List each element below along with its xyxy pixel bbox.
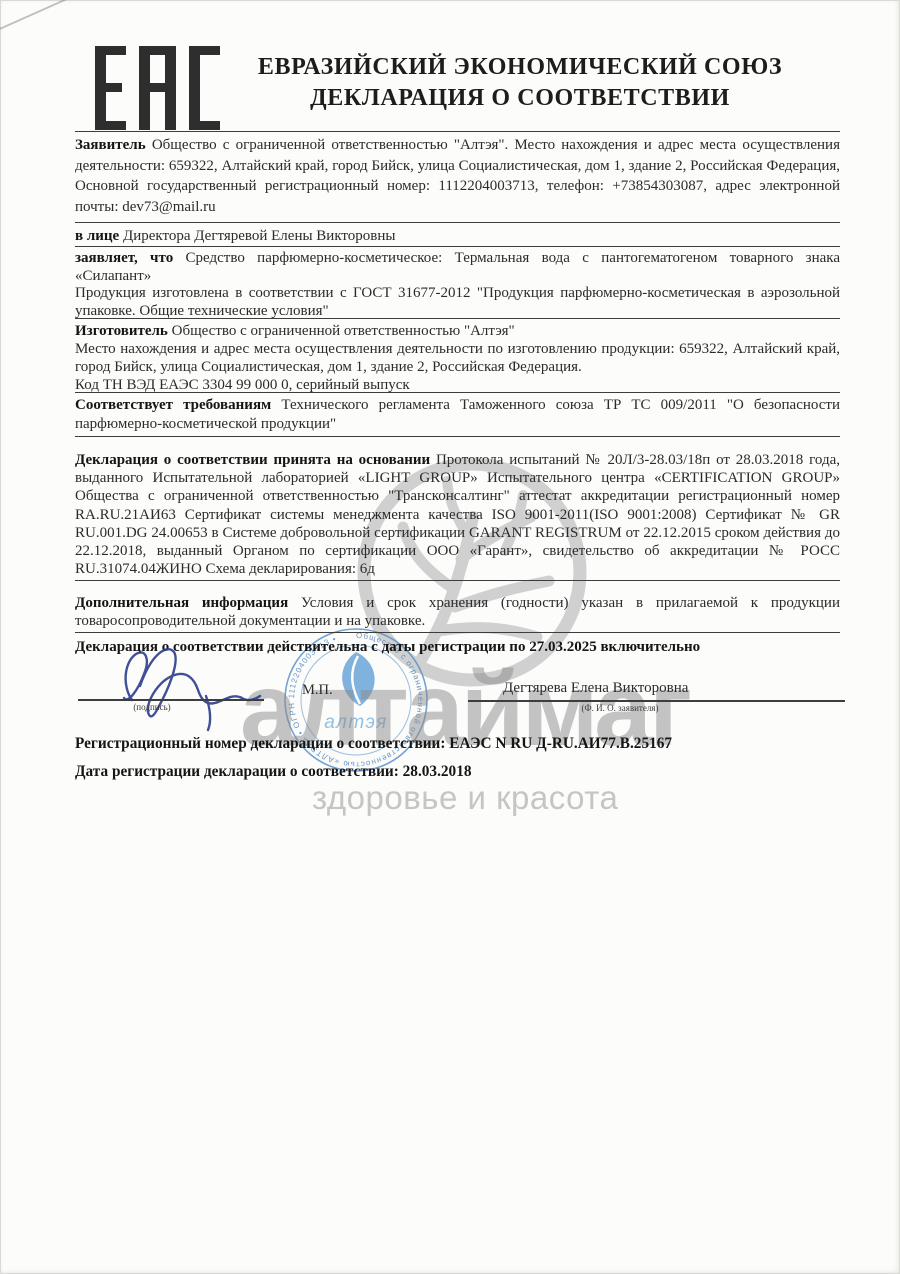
eac-mark-logo: ЕАС	[95, 46, 223, 135]
registration-number-value: ЕАЭС N RU Д-RU.АИ77.В.25167	[449, 735, 672, 752]
title-union: ЕВРАЗИЙСКИЙ ЭКОНОМИЧЕСКИЙ СОЮЗ	[240, 52, 800, 83]
section-applicant: Заявитель Общество с ограниченной ответс…	[75, 131, 840, 217]
manufacturer-label: Изготовитель	[75, 323, 168, 339]
basis-label: Декларация о соответствии принята на осн…	[75, 452, 430, 468]
additional-label: Дополнительная информация	[75, 595, 288, 611]
declares-label: заявляет, что	[75, 250, 173, 266]
stamp-place-label: М.П.	[302, 682, 333, 699]
signatory-name: Дегтярева Елена Викторовна	[503, 680, 688, 697]
declares-text2: Продукция изготовлена в соответствии с Г…	[75, 285, 840, 319]
registration-date-line: Дата регистрации декларации о соответств…	[75, 763, 472, 781]
registration-number-label: Регистрационный номер декларации о соотв…	[75, 735, 445, 752]
section-declares: заявляет, что Средство парфюмерно-космет…	[75, 246, 840, 320]
registration-date-label: Дата регистрации декларации о соответств…	[75, 763, 399, 780]
signature-caption: (подпись)	[92, 702, 212, 712]
manufacturer-text2: Место нахождения и адрес места осуществл…	[75, 341, 840, 375]
applicant-label: Заявитель	[75, 137, 146, 153]
signature-line	[78, 699, 264, 701]
handwritten-signature	[110, 642, 270, 734]
section-additional-info: Дополнительная информация Условия и срок…	[75, 580, 840, 630]
section-basis: Декларация о соответствии принята на осн…	[75, 436, 840, 578]
complies-label: Соответствует требованиям	[75, 397, 271, 413]
title-declaration: ДЕКЛАРАЦИЯ О СООТВЕТСТВИИ	[240, 83, 800, 114]
registration-number-line: Регистрационный номер декларации о соотв…	[75, 735, 672, 753]
manufacturer-text: Общество с ограниченной ответственностью…	[172, 323, 515, 339]
store-tagline-watermark: здоровье и красота	[312, 779, 618, 817]
declares-text: Средство парфюмерно-косметическое: Терма…	[75, 250, 840, 284]
signatory-name-caption: (Ф. И. О. заявителя)	[540, 703, 700, 713]
applicant-text: Общество с ограниченной ответственностью…	[75, 137, 840, 215]
eac-mark-icon	[95, 46, 223, 130]
section-manufacturer: Изготовитель Общество с ограниченной отв…	[75, 318, 840, 394]
in-person-label: в лице	[75, 228, 119, 244]
section-complies: Соответствует требованиям Технического р…	[75, 392, 840, 434]
declaration-document: ЕАС ЕВРАЗИЙСКИЙ ЭКОНОМИЧЕСКИЙ СОЮЗ	[0, 0, 900, 1274]
section-in-person: в лице Директора Дегтяревой Елены Виктор…	[75, 222, 840, 246]
manufacturer-text3: Код ТН ВЭД ЕАЭС 3304 99 000 0, серийный …	[75, 377, 410, 393]
basis-text: Протокола испытаний № 20Л/3-28.03/18п от…	[75, 452, 840, 577]
scan-corner-artifact	[0, 0, 67, 32]
signatory-name-line	[468, 700, 845, 702]
in-person-text: Директора Дегтяревой Елены Викторовны	[123, 228, 396, 244]
registration-date-value: 28.03.2018	[403, 763, 472, 780]
document-title: ЕВРАЗИЙСКИЙ ЭКОНОМИЧЕСКИЙ СОЮЗ ДЕКЛАРАЦИ…	[240, 52, 800, 114]
